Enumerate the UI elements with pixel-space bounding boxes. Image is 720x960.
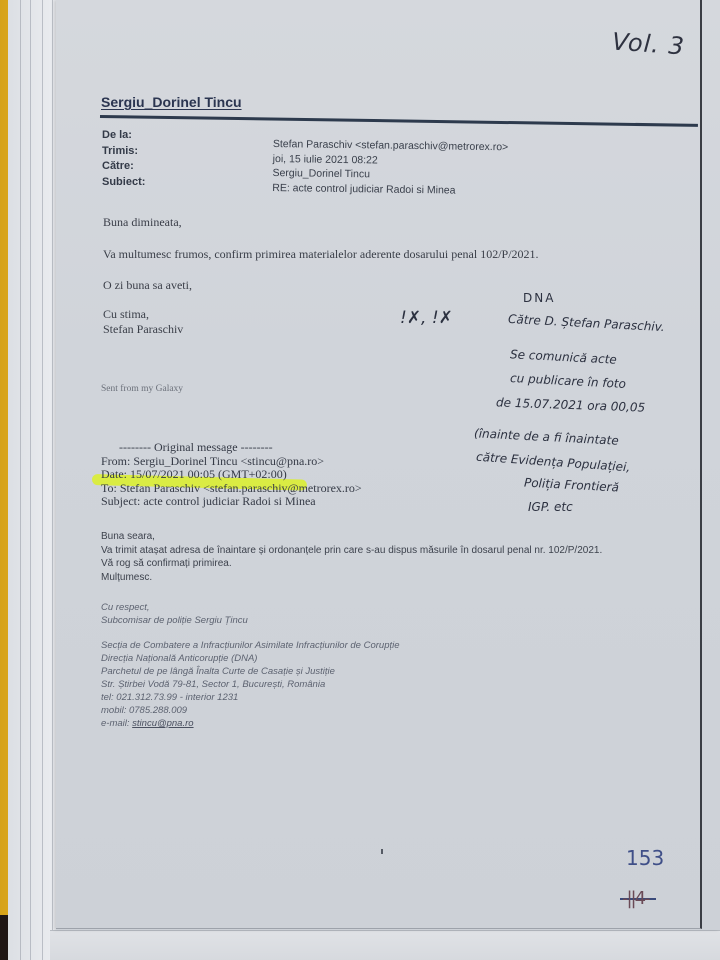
original-request: Vă rog să confirmați primirea. <box>101 557 602 571</box>
original-subject: Subject: acte control judiciar Radoi si … <box>101 495 362 509</box>
signature-email-row: e-mail: stincu@pna.ro <box>101 717 400 730</box>
lower-sheet-edge <box>50 930 720 960</box>
reply-greeting: Buna dimineata, <box>103 215 539 230</box>
handwritten-marks: !✗, !✗ <box>400 308 453 328</box>
signature-name: Subcomisar de poliție Sergiu Țincu <box>101 614 400 627</box>
signature-department: Secția de Combatere a Infracțiunilor Asi… <box>101 639 400 652</box>
reply-sender: Stefan Paraschiv <box>103 322 539 337</box>
label-sent: Trimis: <box>102 144 145 160</box>
label-subject: Subiect: <box>102 175 145 191</box>
original-greeting: Buna seara, <box>101 530 602 544</box>
handwritten-dna: DNA <box>523 291 555 305</box>
original-message-header: -------- Original message -------- From:… <box>101 441 362 509</box>
signature-email-link[interactable]: stincu@pna.ro <box>132 718 193 729</box>
header-values: Stefan Paraschiv <stefan.paraschiv@metro… <box>272 137 508 198</box>
center-mark <box>381 849 383 854</box>
label-from: De la: <box>102 128 145 144</box>
original-from: From: Sergiu_Dorinel Tincu <stincu@pna.r… <box>101 455 362 469</box>
original-date: Date: 15/07/2021 00:05 (GMT+02:00) <box>101 468 362 482</box>
signature-directorate: Direcția Națională Anticorupție (DNA) <box>101 652 400 665</box>
header-labels: De la: Trimis: Către: Subiect: <box>102 128 145 190</box>
signature-email-label: e-mail: <box>101 718 132 729</box>
reply-sign-off: Cu stima, <box>103 307 539 322</box>
label-to: Către: <box>102 159 145 175</box>
signature-institution: Parchetul de pe lângă Înalta Curte de Ca… <box>101 665 400 678</box>
signature-sign-off: Cu respect, <box>101 601 400 614</box>
mailbox-owner-title: Sergiu_Dorinel Tincu <box>101 94 242 110</box>
reply-closing-wish: O zi buna sa aveti, <box>103 278 539 293</box>
email-signature: Cu respect, Subcomisar de poliție Sergiu… <box>101 601 400 730</box>
original-message: Va trimit atașat adresa de înaintare și … <box>101 544 602 558</box>
original-separator: -------- Original message -------- <box>101 441 362 455</box>
reply-message: Va multumesc frumos, confirm primirea ma… <box>103 247 539 262</box>
original-body: Buna seara, Va trimit atașat adresa de î… <box>101 530 602 584</box>
handwritten-volume-label: Vol. 3 <box>611 27 686 60</box>
handwritten-note-line: IGP. etc <box>528 500 573 514</box>
original-to: To: Stefan Paraschiv <stefan.paraschiv@m… <box>101 482 362 496</box>
reply-body: Buna dimineata, Va multumesc frumos, con… <box>103 215 539 337</box>
sent-from-device: Sent from my Galaxy <box>101 384 183 394</box>
signature-mobile: mobil: 0785.288.009 <box>101 704 400 717</box>
handwritten-page-number: 153 <box>626 846 664 870</box>
signature-address: Str. Știrbei Vodă 79-81, Sector 1, Bucur… <box>101 678 400 691</box>
original-thanks: Mulțumesc. <box>101 571 602 585</box>
signature-phone: tel: 021.312.73.99 - interior 1231 <box>101 691 400 704</box>
handwritten-tally: -||4- <box>622 888 649 909</box>
